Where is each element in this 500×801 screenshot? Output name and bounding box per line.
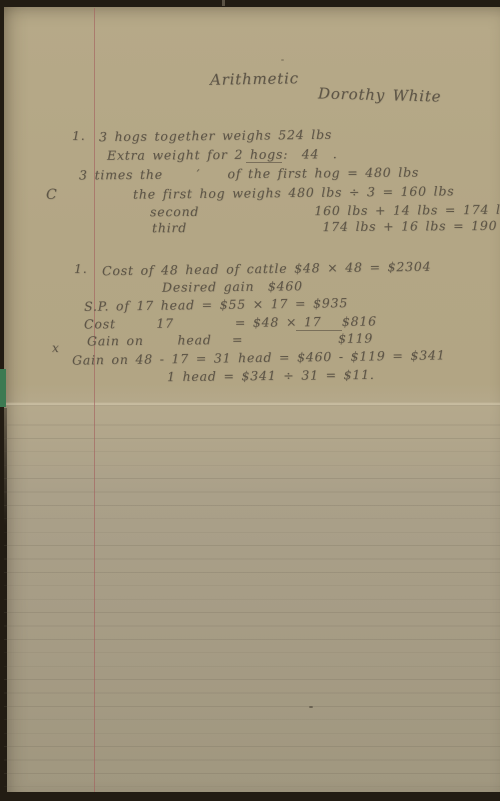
handwriting-line: second 160 lbs + 14 lbs = 174 lbs bbox=[150, 202, 500, 220]
scan-edge-notch bbox=[222, 0, 225, 6]
handwriting-line: 3 hogs together weighs 524 lbs bbox=[99, 127, 332, 144]
scan-border-top bbox=[0, 0, 500, 7]
scanned-page: Arithmetic Dorothy White C 1. 3 hogs tog… bbox=[0, 0, 500, 801]
subject-title: Arithmetic bbox=[210, 69, 299, 89]
handwriting-line: Extra weight for 2 hogs: 44 . bbox=[107, 146, 338, 163]
handwriting-line: 1 head = $341 ÷ 31 = $11. bbox=[167, 367, 375, 384]
margin-cross-mark: x bbox=[52, 341, 60, 355]
student-name: Dorothy White bbox=[318, 84, 442, 105]
fold-crease bbox=[4, 402, 500, 406]
ruled-lines bbox=[4, 412, 500, 790]
problem-number: 1. bbox=[72, 128, 86, 143]
handwriting-line: Gain on head = $119 bbox=[87, 331, 373, 349]
scan-border-bottom bbox=[0, 792, 500, 801]
underline-mark bbox=[246, 162, 282, 163]
margin-check-mark: C bbox=[46, 187, 58, 203]
green-background-sliver bbox=[0, 369, 6, 407]
paper-speck bbox=[281, 59, 284, 61]
handwriting-line: Cost 17 = $48 × 17 $816 bbox=[84, 313, 377, 331]
paper-speck bbox=[309, 706, 313, 708]
handwriting-line: third 174 lbs + 16 lbs = 190 lbs bbox=[152, 218, 500, 236]
handwriting-line: 3 times the ′ of the first hog = 480 lbs bbox=[79, 165, 419, 183]
handwriting-line: Desired gain $460 bbox=[162, 278, 303, 294]
red-margin-line bbox=[94, 8, 95, 792]
problem-number: 1. bbox=[74, 261, 88, 276]
